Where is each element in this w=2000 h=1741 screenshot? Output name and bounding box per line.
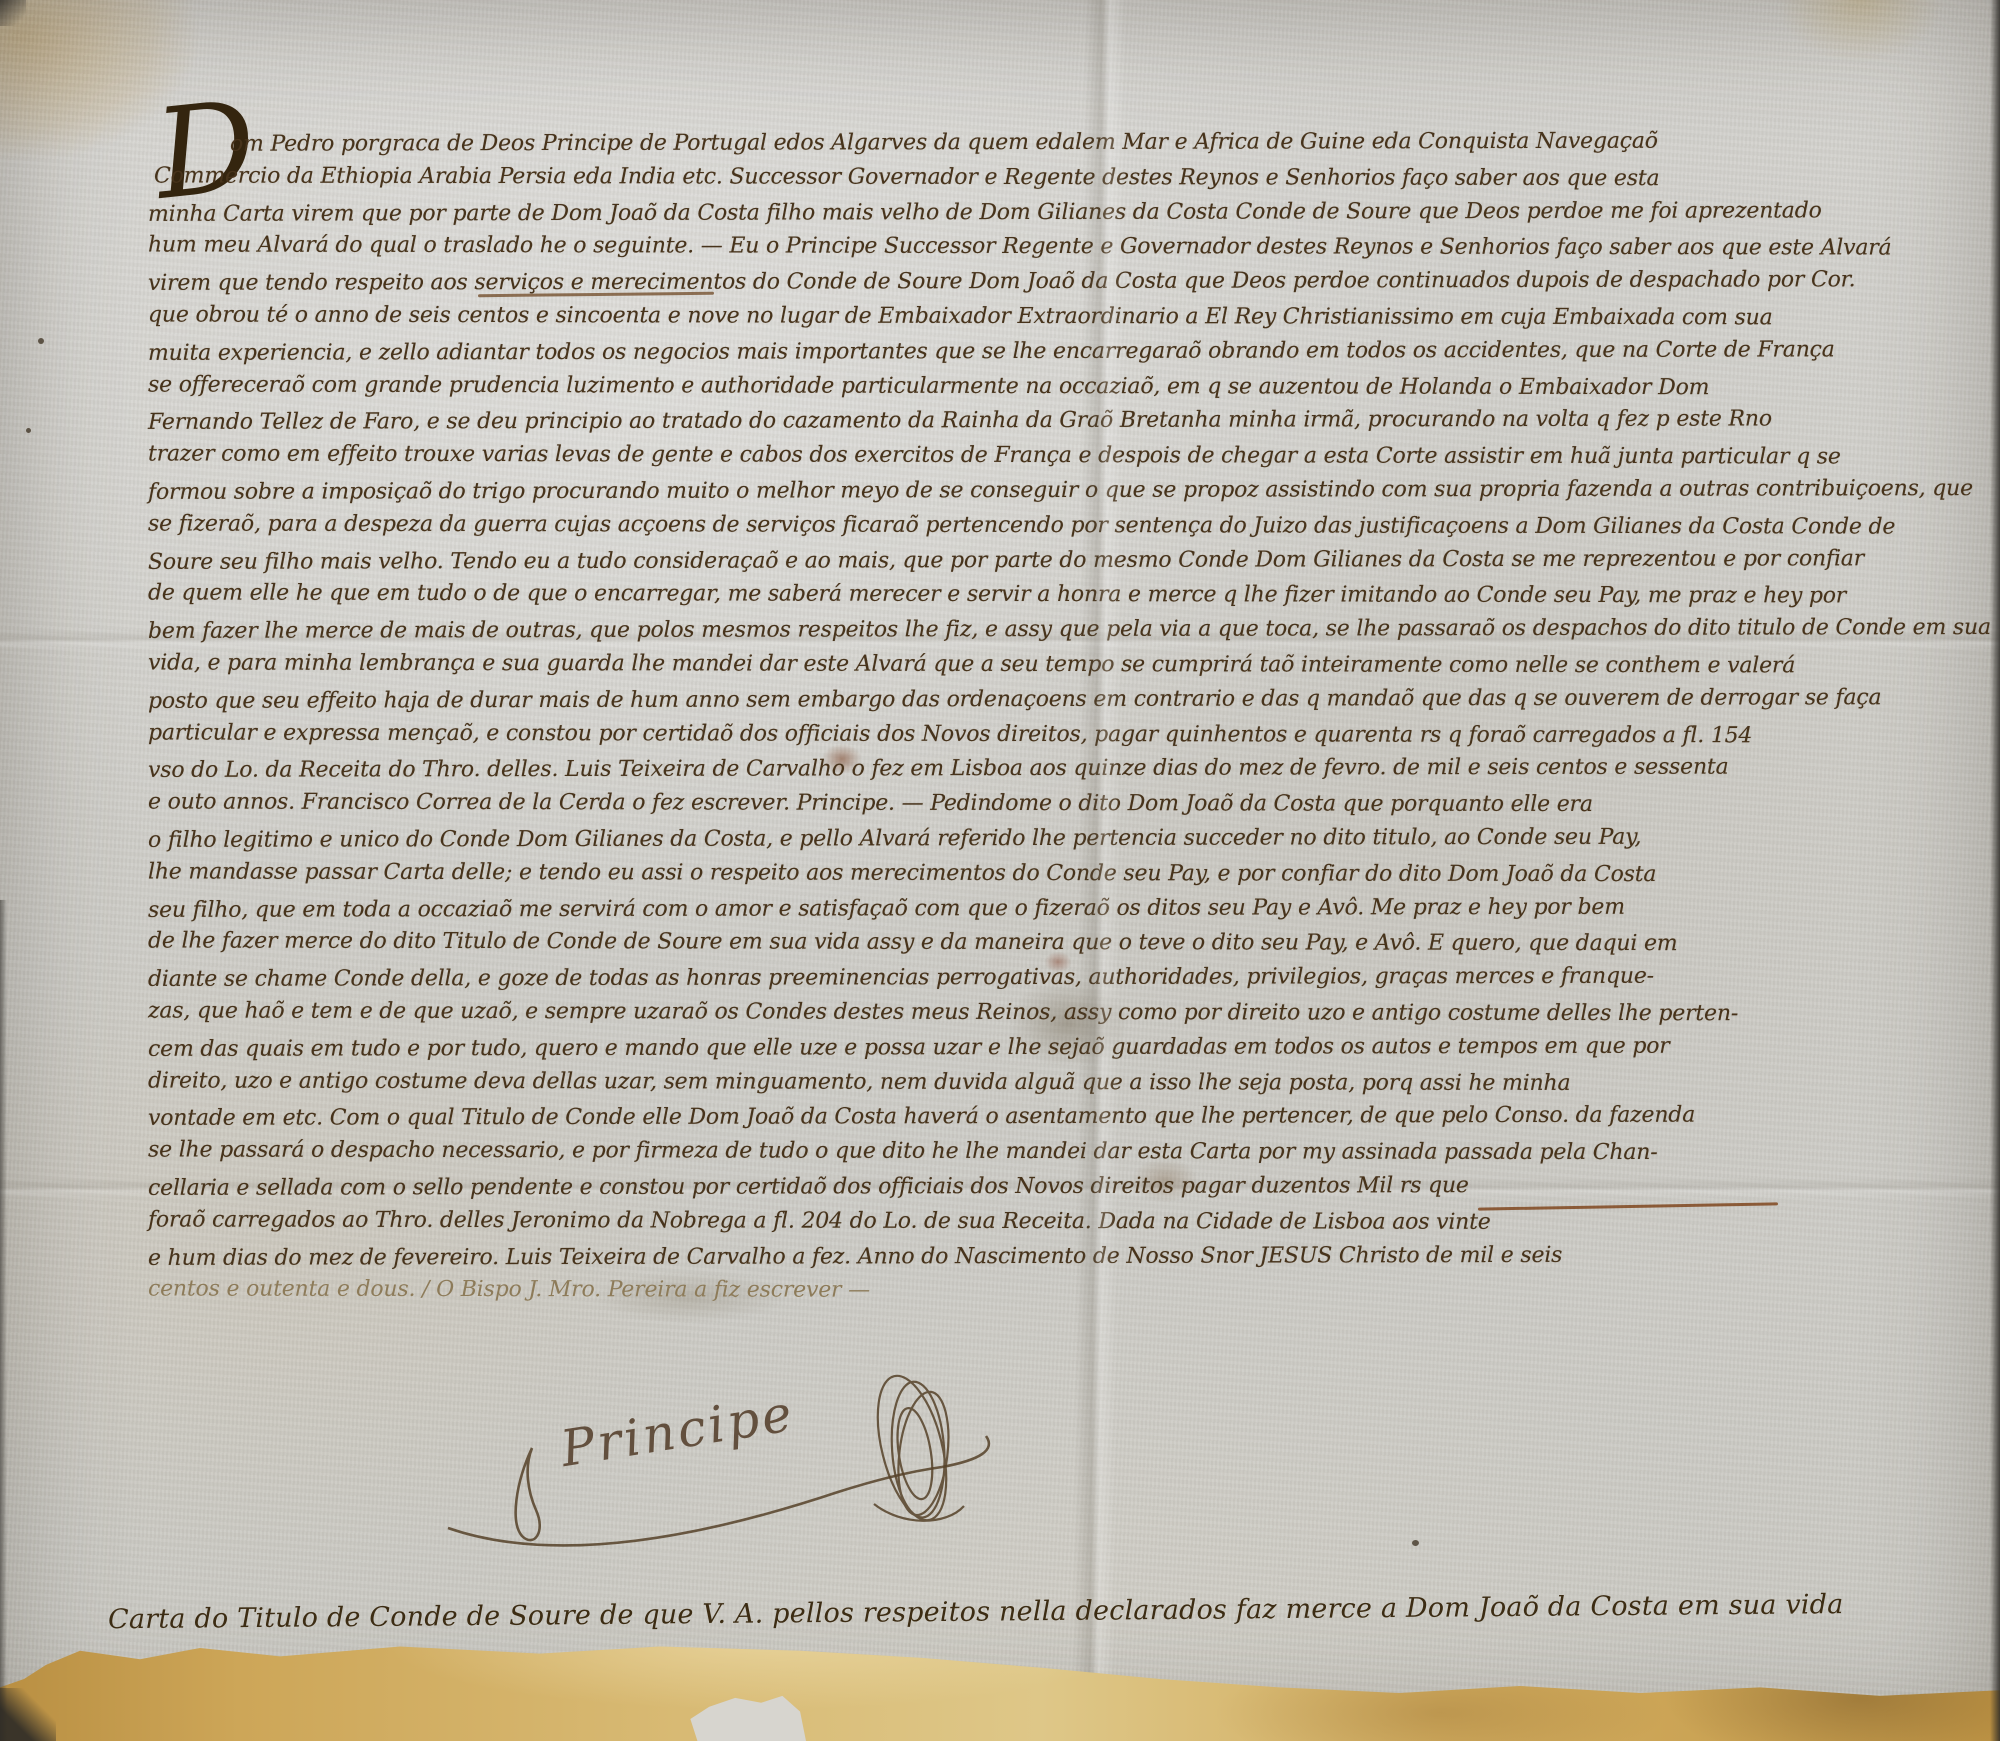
manuscript-line: zas, que haõ e tem e de que uzaõ, e semp… [148, 994, 1926, 1032]
manuscript-line: virem que tendo respeito aos serviços e … [148, 263, 1926, 302]
manuscript-photo: D om Pedro porgraca de Deos Principe de … [0, 0, 2000, 1741]
manuscript-text: om Pedro porgraca de Deos Principe de Po… [148, 126, 1926, 1309]
manuscript-line: hum meu Alvará do qual o traslado he o s… [148, 229, 1926, 267]
manuscript-line: cellaria e sellada com o sello pendente … [148, 1168, 1926, 1207]
photo-edge-left [0, 900, 7, 1741]
ink-speck [26, 428, 31, 433]
manuscript-line: lhe mandasse passar Carta delle; e tendo… [148, 855, 1926, 893]
manuscript-line: se lhe passará o despacho necessario, e … [148, 1134, 1926, 1172]
manuscript-line: Soure seu filho mais velho. Tendo eu a t… [148, 542, 1926, 581]
manuscript-line: o filho legitimo e unico do Conde Dom Gi… [148, 820, 1926, 859]
royal-signature: Principe [420, 1340, 1020, 1580]
manuscript-line: cem das quais em tudo e por tudo, quero … [148, 1029, 1926, 1068]
manuscript-line: e hum dias do mez de fevereiro. Luis Tei… [148, 1238, 1926, 1277]
manuscript-line: particular e expressa mençaõ, e constou … [148, 716, 1926, 754]
manuscript-line: minha Carta virem que por parte de Dom J… [148, 194, 1926, 233]
manuscript-line: vida, e para minha lembrança e sua guard… [148, 646, 1926, 684]
manuscript-line: trazer como em effeito trouxe varias lev… [148, 438, 1926, 476]
manuscript-line: e outo annos. Francisco Correa de la Cer… [148, 786, 1926, 824]
manuscript-line: Commercio da Ethiopia Arabia Persia eda … [148, 159, 1926, 197]
manuscript-line: que obrou té o anno de seis centos e sin… [148, 298, 1926, 336]
manuscript-line: formou sobre a imposiçaõ do trigo procur… [148, 472, 1926, 511]
ink-speck [1412, 1540, 1419, 1546]
ink-speck [38, 338, 44, 344]
manuscript-line: posto que seu effeito haja de durar mais… [148, 681, 1926, 720]
manuscript-line: foraõ carregados ao Thro. delles Jeronim… [148, 1203, 1926, 1241]
manuscript-line: de lhe fazer merce do dito Titulo de Con… [148, 925, 1926, 963]
manuscript-line: direito, uzo e antigo costume deva della… [148, 1064, 1926, 1102]
manuscript-line: muita experiencia, e zello adiantar todo… [148, 333, 1926, 372]
manuscript-line: diante se chame Conde della, e goze de t… [148, 959, 1926, 998]
manuscript-line: se fizeraõ, para a despeza da guerra cuj… [148, 507, 1926, 545]
manuscript-line: om Pedro porgraca de Deos Principe de Po… [148, 124, 1926, 163]
manuscript-line: vso do Lo. da Receita do Thro. delles. L… [148, 750, 1926, 789]
photo-edge-right [1990, 0, 2000, 1741]
manuscript-line: seu filho, que em toda a occaziaõ me ser… [148, 890, 1926, 929]
docket-line: Carta do Titulo de Conde de Soure de que… [108, 1588, 1998, 1635]
manuscript-line: de quem elle he que em tudo o de que o e… [148, 577, 1926, 615]
photo-edge-top-left [0, 0, 26, 26]
manuscript-line: se offereceraõ com grande prudencia luzi… [148, 368, 1926, 406]
manuscript-line: vontade em etc. Com o qual Titulo de Con… [148, 1098, 1926, 1137]
manuscript-line: bem fazer lhe merce de mais de outras, q… [148, 611, 1926, 650]
signature-flourish-icon [420, 1340, 1020, 1580]
manuscript-line: centos e outenta e dous. / O Bispo J. Mr… [148, 1273, 1926, 1311]
manuscript-line: Fernando Tellez de Faro, e se deu princi… [148, 403, 1926, 442]
